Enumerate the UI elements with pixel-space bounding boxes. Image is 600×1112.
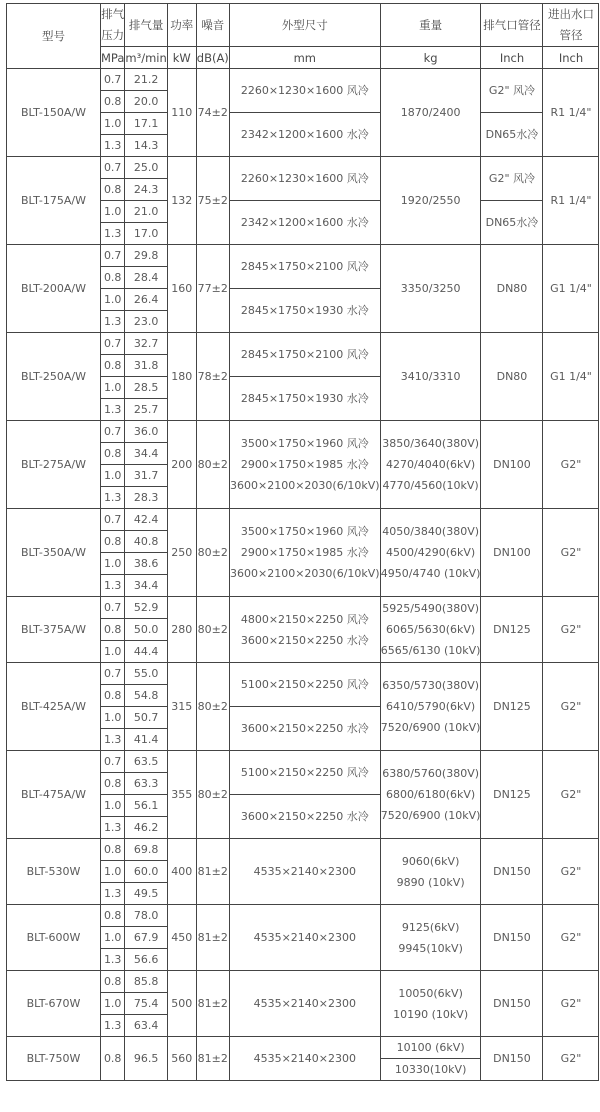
flow-cell: 28.3 xyxy=(125,487,167,509)
model-cell: BLT-750W xyxy=(7,1037,101,1081)
water-inlet-cell: G1 1/4" xyxy=(543,245,599,333)
dimensions-cell: 4535×2140×2300 xyxy=(229,905,380,971)
water-inlet-cell: G2" xyxy=(543,905,599,971)
noise-cell: 74±2 xyxy=(196,69,229,157)
weight-line: 6410/5790(6kV) xyxy=(381,696,481,717)
water-inlet-cell: G2" xyxy=(543,663,599,751)
weight-line: 4270/4040(6kV) xyxy=(381,454,481,475)
unit-power: kW xyxy=(167,47,196,69)
model-cell: BLT-425A/W xyxy=(7,663,101,751)
dimensions-cell: 2845×1750×1930 水冷 xyxy=(229,289,380,333)
flow-cell: 63.5 xyxy=(125,751,167,773)
flow-cell: 69.8 xyxy=(125,839,167,861)
flow-cell: 24.3 xyxy=(125,179,167,201)
outlet-cell: DN125 xyxy=(481,597,543,663)
dimensions-cell: 4535×2140×2300 xyxy=(229,839,380,905)
pressure-cell: 0.8 xyxy=(101,1037,125,1081)
pressure-cell: 1.0 xyxy=(101,377,125,399)
pressure-cell: 0.8 xyxy=(101,839,125,861)
weight-cell: 10330(10kV) xyxy=(380,1059,481,1081)
flow-cell: 50.7 xyxy=(125,707,167,729)
weight-cell: 9125(6kV)9945(10kV) xyxy=(380,905,481,971)
noise-cell: 80±2 xyxy=(196,597,229,663)
noise-cell: 81±2 xyxy=(196,971,229,1037)
dimensions-line: 3500×1750×1960 风冷 xyxy=(230,521,380,542)
power-cell: 560 xyxy=(167,1037,196,1081)
weight-line: 10050(6kV) xyxy=(381,983,481,1004)
flow-cell: 34.4 xyxy=(125,443,167,465)
dimensions-line: 3600×2150×2250 水冷 xyxy=(230,630,380,651)
pressure-cell: 0.7 xyxy=(101,663,125,685)
dimensions-line: 2900×1750×1985 水冷 xyxy=(230,542,380,563)
dimensions-cell: 2342×1200×1600 水冷 xyxy=(229,113,380,157)
weight-cell: 3350/3250 xyxy=(380,245,481,333)
weight-line: 6380/5760(380V) xyxy=(381,763,481,784)
table-row: BLT-425A/W0.755.031580±25100×2150×2250 风… xyxy=(7,663,599,674)
dimensions-cell: 3500×1750×1960 风冷2900×1750×1985 水冷3600×2… xyxy=(229,421,380,509)
pressure-cell: 0.8 xyxy=(101,267,125,289)
model-cell: BLT-475A/W xyxy=(7,751,101,839)
water-inlet-cell: G2" xyxy=(543,751,599,839)
pressure-cell: 1.3 xyxy=(101,487,125,509)
outlet-cell: DN100 xyxy=(481,509,543,597)
dimensions-cell: 4800×2150×2250 风冷3600×2150×2250 水冷 xyxy=(229,597,380,663)
model-cell: BLT-530W xyxy=(7,839,101,905)
weight-cell: 3850/3640(380V)4270/4040(6kV)4770/4560(1… xyxy=(380,421,481,509)
pressure-cell: 0.8 xyxy=(101,91,125,113)
dimensions-cell: 2845×1750×2100 风冷 xyxy=(229,333,380,377)
outlet-cell: DN125 xyxy=(481,751,543,839)
spec-table: 型号 排气压力 排气量 功率 噪音 外型尺寸 重量 排气口管径 进出水口管径 M… xyxy=(6,3,599,1081)
pressure-cell: 0.7 xyxy=(101,157,125,179)
pressure-cell: 0.7 xyxy=(101,69,125,91)
power-cell: 250 xyxy=(167,509,196,597)
model-cell: BLT-670W xyxy=(7,971,101,1037)
weight-line: 4500/4290(6kV) xyxy=(381,542,481,563)
dimensions-line: 4535×2140×2300 xyxy=(230,993,380,1014)
dimensions-cell: 3600×2150×2250 水冷 xyxy=(229,707,380,751)
noise-cell: 81±2 xyxy=(196,1037,229,1081)
power-cell: 200 xyxy=(167,421,196,509)
flow-cell: 38.6 xyxy=(125,553,167,575)
pressure-cell: 1.0 xyxy=(101,289,125,311)
table-row: BLT-475A/W0.763.535580±25100×2150×2250 风… xyxy=(7,751,599,762)
weight-line: 3850/3640(380V) xyxy=(381,433,481,454)
pressure-cell: 1.3 xyxy=(101,135,125,157)
water-inlet-cell: G2" xyxy=(543,839,599,905)
flow-cell: 67.9 xyxy=(125,927,167,949)
pressure-cell: 0.7 xyxy=(101,421,125,443)
flow-cell: 25.7 xyxy=(125,399,167,421)
outlet-cell: DN150 xyxy=(481,1037,543,1081)
weight-cell: 6380/5760(380V)6800/6180(6kV)7520/6900 (… xyxy=(380,751,481,839)
header-outlet: 排气口管径 xyxy=(481,4,543,47)
flow-cell: 55.0 xyxy=(125,663,167,685)
dimensions-cell: 5100×2150×2250 风冷 xyxy=(229,663,380,707)
pressure-cell: 0.7 xyxy=(101,333,125,355)
pressure-cell: 1.3 xyxy=(101,729,125,751)
dimensions-cell: 4535×2140×2300 xyxy=(229,971,380,1037)
outlet-cell: DN80 xyxy=(481,245,543,333)
flow-cell: 40.8 xyxy=(125,531,167,553)
water-inlet-cell: G2" xyxy=(543,597,599,663)
weight-line: 7520/6900 (10kV) xyxy=(381,717,481,738)
table-row: BLT-375A/W0.752.928080±24800×2150×2250 风… xyxy=(7,597,599,608)
outlet-cell: DN100 xyxy=(481,421,543,509)
power-cell: 500 xyxy=(167,971,196,1037)
dimensions-line: 3600×2100×2030(6/10kV) xyxy=(230,563,380,584)
weight-cell: 6350/5730(380V)6410/5790(6kV)7520/6900 (… xyxy=(380,663,481,751)
pressure-cell: 0.8 xyxy=(101,971,125,993)
flow-cell: 26.4 xyxy=(125,289,167,311)
flow-cell: 25.0 xyxy=(125,157,167,179)
pressure-cell: 0.8 xyxy=(101,531,125,553)
weight-line: 10190 (10kV) xyxy=(381,1004,481,1025)
weight-line: 6800/6180(6kV) xyxy=(381,784,481,805)
flow-cell: 78.0 xyxy=(125,905,167,927)
water-inlet-cell: G1 1/4" xyxy=(543,333,599,421)
model-cell: BLT-150A/W xyxy=(7,69,101,157)
pressure-cell: 1.0 xyxy=(101,465,125,487)
water-inlet-cell: R1 1/4" xyxy=(543,157,599,245)
water-inlet-cell: G2" xyxy=(543,971,599,1037)
weight-line: 1870/2400 xyxy=(381,102,481,123)
pressure-cell: 1.3 xyxy=(101,949,125,971)
model-cell: BLT-200A/W xyxy=(7,245,101,333)
model-cell: BLT-275A/W xyxy=(7,421,101,509)
weight-cell: 10100 (6kV) xyxy=(380,1037,481,1059)
model-cell: BLT-250A/W xyxy=(7,333,101,421)
noise-cell: 77±2 xyxy=(196,245,229,333)
flow-cell: 44.4 xyxy=(125,641,167,663)
flow-cell: 85.8 xyxy=(125,971,167,993)
pressure-cell: 1.3 xyxy=(101,1015,125,1037)
pressure-cell: 1.3 xyxy=(101,311,125,333)
outlet-cell: DN65水冷 xyxy=(481,113,543,157)
outlet-cell: DN150 xyxy=(481,905,543,971)
pressure-cell: 1.0 xyxy=(101,201,125,223)
weight-line: 9890 (10kV) xyxy=(381,872,481,893)
dimensions-cell: 2845×1750×2100 风冷 xyxy=(229,245,380,289)
power-cell: 315 xyxy=(167,663,196,751)
dimensions-cell: 2342×1200×1600 水冷 xyxy=(229,201,380,245)
noise-cell: 80±2 xyxy=(196,751,229,839)
pressure-cell: 1.0 xyxy=(101,795,125,817)
dimensions-cell: 5100×2150×2250 风冷 xyxy=(229,751,380,795)
flow-cell: 32.7 xyxy=(125,333,167,355)
flow-cell: 54.8 xyxy=(125,685,167,707)
table-row: BLT-350A/W0.742.425080±23500×1750×1960 风… xyxy=(7,509,599,520)
table-row: BLT-530W0.869.840081±24535×2140×23009060… xyxy=(7,839,599,850)
model-cell: BLT-375A/W xyxy=(7,597,101,663)
dimensions-line: 4535×2140×2300 xyxy=(230,861,380,882)
flow-cell: 56.1 xyxy=(125,795,167,817)
pressure-cell: 0.7 xyxy=(101,509,125,531)
header-power: 功率 xyxy=(167,4,196,47)
noise-cell: 78±2 xyxy=(196,333,229,421)
pressure-cell: 1.3 xyxy=(101,883,125,905)
pressure-cell: 0.8 xyxy=(101,685,125,707)
flow-cell: 31.8 xyxy=(125,355,167,377)
power-cell: 400 xyxy=(167,839,196,905)
header-flow: 排气量 xyxy=(125,4,167,47)
weight-line: 6565/6130 (10kV) xyxy=(381,640,481,661)
flow-cell: 28.5 xyxy=(125,377,167,399)
flow-cell: 52.9 xyxy=(125,597,167,619)
model-cell: BLT-175A/W xyxy=(7,157,101,245)
table-row: BLT-175A/W0.725.013275±22260×1230×1600 风… xyxy=(7,157,599,168)
header-model: 型号 xyxy=(7,4,101,69)
pressure-cell: 0.7 xyxy=(101,597,125,619)
header-water: 进出水口管径 xyxy=(543,4,599,47)
power-cell: 180 xyxy=(167,333,196,421)
weight-line: 9945(10kV) xyxy=(381,938,481,959)
pressure-cell: 1.0 xyxy=(101,553,125,575)
weight-cell: 10050(6kV)10190 (10kV) xyxy=(380,971,481,1037)
flow-cell: 20.0 xyxy=(125,91,167,113)
flow-cell: 63.4 xyxy=(125,1015,167,1037)
model-cell: BLT-350A/W xyxy=(7,509,101,597)
dimensions-line: 4800×2150×2250 风冷 xyxy=(230,609,380,630)
pressure-cell: 1.0 xyxy=(101,707,125,729)
flow-cell: 41.4 xyxy=(125,729,167,751)
flow-cell: 56.6 xyxy=(125,949,167,971)
flow-cell: 21.2 xyxy=(125,69,167,91)
pressure-cell: 0.7 xyxy=(101,245,125,267)
table-row: BLT-600W0.878.045081±24535×2140×23009125… xyxy=(7,905,599,916)
weight-cell: 1920/2550 xyxy=(380,157,481,245)
table-row: BLT-275A/W0.736.020080±23500×1750×1960 风… xyxy=(7,421,599,432)
power-cell: 355 xyxy=(167,751,196,839)
pressure-cell: 1.3 xyxy=(101,575,125,597)
dimensions-cell: 3600×2150×2250 水冷 xyxy=(229,795,380,839)
flow-cell: 75.4 xyxy=(125,993,167,1015)
dimensions-cell: 3500×1750×1960 风冷2900×1750×1985 水冷3600×2… xyxy=(229,509,380,597)
model-cell: BLT-600W xyxy=(7,905,101,971)
noise-cell: 81±2 xyxy=(196,905,229,971)
weight-line: 6065/5630(6kV) xyxy=(381,619,481,640)
flow-cell: 14.3 xyxy=(125,135,167,157)
weight-line: 5925/5490(380V) xyxy=(381,598,481,619)
weight-line: 7520/6900 (10kV) xyxy=(381,805,481,826)
flow-cell: 28.4 xyxy=(125,267,167,289)
flow-cell: 60.0 xyxy=(125,861,167,883)
power-cell: 280 xyxy=(167,597,196,663)
header-dimensions: 外型尺寸 xyxy=(229,4,380,47)
table-row: BLT-150A/W0.721.211074±22260×1230×1600 风… xyxy=(7,69,599,80)
pressure-cell: 1.0 xyxy=(101,861,125,883)
flow-cell: 96.5 xyxy=(125,1037,167,1081)
pressure-cell: 0.7 xyxy=(101,751,125,773)
unit-weight: kg xyxy=(380,47,481,69)
flow-cell: 31.7 xyxy=(125,465,167,487)
weight-line: 4050/3840(380V) xyxy=(381,521,481,542)
pressure-cell: 1.3 xyxy=(101,817,125,839)
table-row: BLT-750W0.896.556081±24535×2140×23001010… xyxy=(7,1037,599,1059)
dimensions-cell: 4535×2140×2300 xyxy=(229,1037,380,1081)
unit-water: Inch xyxy=(543,47,599,69)
outlet-cell: G2" 风冷 xyxy=(481,69,543,113)
pressure-cell: 0.8 xyxy=(101,773,125,795)
unit-noise: dB(A) xyxy=(196,47,229,69)
weight-cell: 5925/5490(380V)6065/5630(6kV)6565/6130 (… xyxy=(380,597,481,663)
dimensions-line: 3500×1750×1960 风冷 xyxy=(230,433,380,454)
flow-cell: 63.3 xyxy=(125,773,167,795)
water-inlet-cell: R1 1/4" xyxy=(543,69,599,157)
dimensions-cell: 2260×1230×1600 风冷 xyxy=(229,157,380,201)
weight-line: 3410/3310 xyxy=(381,366,481,387)
weight-cell: 9060(6kV)9890 (10kV) xyxy=(380,839,481,905)
weight-line: 9060(6kV) xyxy=(381,851,481,872)
pressure-cell: 1.0 xyxy=(101,993,125,1015)
noise-cell: 81±2 xyxy=(196,839,229,905)
unit-outlet: Inch xyxy=(481,47,543,69)
pressure-cell: 1.3 xyxy=(101,399,125,421)
table-row: BLT-670W0.885.850081±24535×2140×23001005… xyxy=(7,971,599,982)
flow-cell: 46.2 xyxy=(125,817,167,839)
weight-line: 4950/4740 (10kV) xyxy=(381,563,481,584)
power-cell: 132 xyxy=(167,157,196,245)
flow-cell: 50.0 xyxy=(125,619,167,641)
pressure-cell: 0.8 xyxy=(101,443,125,465)
weight-line: 4770/4560(10kV) xyxy=(381,475,481,496)
dimensions-cell: 2260×1230×1600 风冷 xyxy=(229,69,380,113)
header-noise: 噪音 xyxy=(196,4,229,47)
outlet-cell: DN65水冷 xyxy=(481,201,543,245)
pressure-cell: 1.0 xyxy=(101,927,125,949)
unit-dimensions: mm xyxy=(229,47,380,69)
flow-cell: 29.8 xyxy=(125,245,167,267)
outlet-cell: DN150 xyxy=(481,839,543,905)
weight-cell: 1870/2400 xyxy=(380,69,481,157)
outlet-cell: DN125 xyxy=(481,663,543,751)
noise-cell: 80±2 xyxy=(196,663,229,751)
pressure-cell: 0.8 xyxy=(101,619,125,641)
water-inlet-cell: G2" xyxy=(543,509,599,597)
pressure-cell: 1.0 xyxy=(101,113,125,135)
header-weight: 重量 xyxy=(380,4,481,47)
flow-cell: 36.0 xyxy=(125,421,167,443)
flow-cell: 23.0 xyxy=(125,311,167,333)
noise-cell: 80±2 xyxy=(196,421,229,509)
table-row: BLT-250A/W0.732.718078±22845×1750×2100 风… xyxy=(7,333,599,344)
dimensions-line: 2900×1750×1985 水冷 xyxy=(230,454,380,475)
pressure-cell: 1.0 xyxy=(101,641,125,663)
weight-line: 6350/5730(380V) xyxy=(381,675,481,696)
water-inlet-cell: G2" xyxy=(543,421,599,509)
unit-flow: m³/min xyxy=(125,47,167,69)
outlet-cell: DN80 xyxy=(481,333,543,421)
pressure-cell: 0.8 xyxy=(101,905,125,927)
flow-cell: 17.1 xyxy=(125,113,167,135)
pressure-cell: 1.3 xyxy=(101,223,125,245)
noise-cell: 80±2 xyxy=(196,509,229,597)
weight-line: 9125(6kV) xyxy=(381,917,481,938)
power-cell: 160 xyxy=(167,245,196,333)
weight-cell: 4050/3840(380V)4500/4290(6kV)4950/4740 (… xyxy=(380,509,481,597)
flow-cell: 34.4 xyxy=(125,575,167,597)
pressure-cell: 0.8 xyxy=(101,355,125,377)
dimensions-line: 4535×2140×2300 xyxy=(230,927,380,948)
flow-cell: 42.4 xyxy=(125,509,167,531)
power-cell: 110 xyxy=(167,69,196,157)
dimensions-cell: 2845×1750×1930 水冷 xyxy=(229,377,380,421)
header-pressure: 排气压力 xyxy=(101,4,125,47)
flow-cell: 21.0 xyxy=(125,201,167,223)
unit-pressure: MPa xyxy=(101,47,125,69)
water-inlet-cell: G2" xyxy=(543,1037,599,1081)
outlet-cell: DN150 xyxy=(481,971,543,1037)
outlet-cell: G2" 风冷 xyxy=(481,157,543,201)
pressure-cell: 0.8 xyxy=(101,179,125,201)
flow-cell: 49.5 xyxy=(125,883,167,905)
weight-cell: 3410/3310 xyxy=(380,333,481,421)
noise-cell: 75±2 xyxy=(196,157,229,245)
weight-line: 3350/3250 xyxy=(381,278,481,299)
flow-cell: 17.0 xyxy=(125,223,167,245)
weight-line: 1920/2550 xyxy=(381,190,481,211)
power-cell: 450 xyxy=(167,905,196,971)
table-row: BLT-200A/W0.729.816077±22845×1750×2100 风… xyxy=(7,245,599,256)
dimensions-line: 3600×2100×2030(6/10kV) xyxy=(230,475,380,496)
dimensions-line: 4535×2140×2300 xyxy=(230,1048,380,1069)
